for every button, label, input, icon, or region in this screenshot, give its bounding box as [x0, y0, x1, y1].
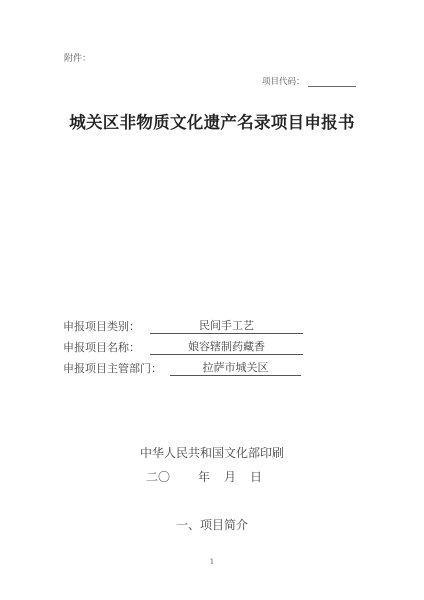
project-code-row: 项目代码：: [262, 75, 356, 87]
project-code-field: [308, 77, 356, 87]
page-number: 1: [0, 558, 424, 566]
form-row-category: 申报项目类别： 民间手工艺: [63, 313, 303, 334]
date-year-prefix: 二〇: [146, 468, 170, 485]
form-label: 申报项目主管部门：: [63, 360, 162, 376]
date-year: 年: [198, 468, 210, 485]
form-label: 申报项目类别：: [63, 318, 140, 334]
form-row-department: 申报项目主管部门： 拉萨市城关区: [63, 355, 303, 376]
section-heading: 一、项目简介: [0, 516, 424, 533]
printer-line: 中华人民共和国文化部印刷: [0, 444, 424, 461]
form-value: 娘容辖制药藏香: [150, 340, 303, 355]
date-month: 月: [224, 468, 236, 485]
form-value: 拉萨市城关区: [170, 361, 301, 376]
form-value: 民间手工艺: [150, 319, 303, 334]
form-row-name: 申报项目名称： 娘容辖制药藏香: [63, 334, 303, 355]
date-line: 二〇 年 月 日: [146, 468, 262, 485]
document-title: 城关区非物质文化遗产名录项目申报书: [0, 109, 424, 133]
form-label: 申报项目名称：: [63, 339, 140, 355]
attachment-label: 附件：: [64, 51, 91, 64]
application-form: 申报项目类别： 民间手工艺 申报项目名称： 娘容辖制药藏香 申报项目主管部门： …: [63, 313, 303, 376]
date-day: 日: [250, 468, 262, 485]
project-code-label: 项目代码：: [262, 75, 305, 87]
